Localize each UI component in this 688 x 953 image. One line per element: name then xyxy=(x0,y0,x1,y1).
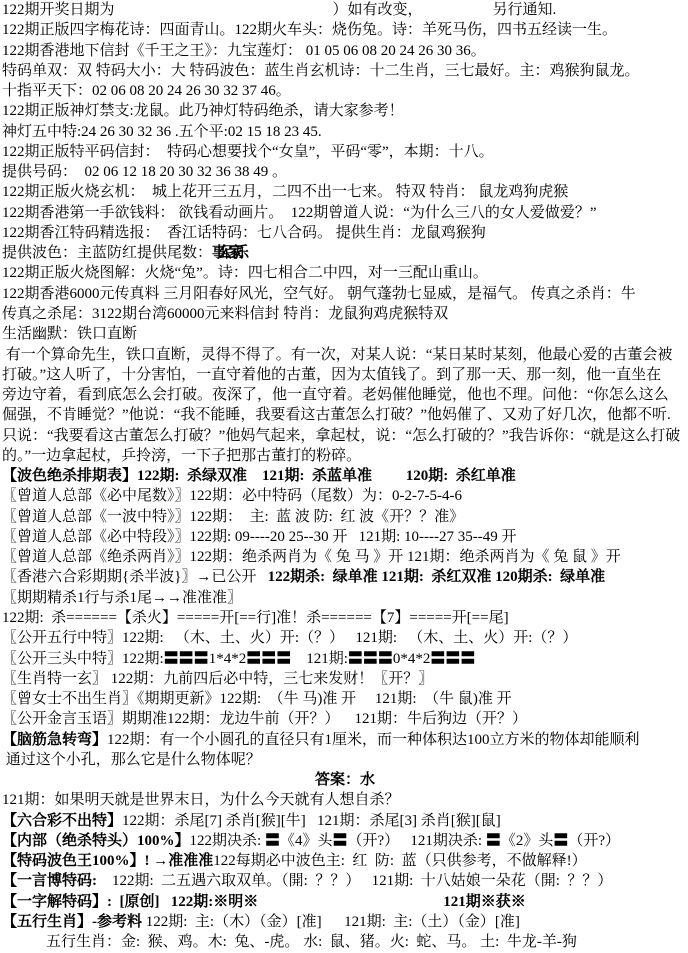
text-line: 【五行生肖】-参考料 122期: 主:（木）（金）[准] 121期: 主:（土）… xyxy=(2,912,688,932)
text-segment: 特码单双：双 特码大小：大 特码波色：蓝生肖玄机诗：十二生肖，三七最好。主：鸡猴… xyxy=(2,61,640,81)
text-line: 神灯五中特:24 26 30 32 36 .五个平:02 15 18 23 45… xyxy=(2,122,688,142)
text-segment: 〖曾女士不出生肖〗《期期更新》122期: （牛 马)准 开 121期: （牛 鼠… xyxy=(2,689,512,709)
text-segment: ）如有改变， xyxy=(333,0,423,20)
text-segment: 十指平天下：02 06 08 20 24 26 30 32 37 46。 xyxy=(2,81,291,101)
text-line: 十指平天下：02 06 08 20 24 26 30 32 37 46。 xyxy=(2,81,688,101)
text-segment: 122期正版特平码信封： 特码心想要找个“女皇”，平码“零”，本期：十八。 xyxy=(2,142,494,162)
text-line: 通过这个小孔，那么它是什么物体呢？ xyxy=(2,750,688,770)
text-line: 〖曾女士不出生肖〗《期期更新》122期: （牛 马)准 开 121期: （牛 鼠… xyxy=(2,689,688,709)
text-segment: 五行生肖：金: 猴、鸡。木: 兔、-虎。 水: 鼠、猪。火: 蛇、马。 土: 牛… xyxy=(46,932,577,952)
text-segment: 神灯五中特:24 26 30 32 36 .五个平:02 15 18 23 45… xyxy=(2,122,322,142)
text-segment: 【内部（绝杀特头）100%】 xyxy=(2,831,190,851)
text-segment: 〖曾道人总部《必中尾数》〗122期：必中特码（尾数）为：0-2-7-5-4-6 xyxy=(2,486,462,506)
text-segment: 生活幽默：铁口直断 xyxy=(2,324,137,344)
text-segment: 〓〓〓 xyxy=(246,649,291,669)
text-line: 答案：水 xyxy=(2,770,688,790)
text-segment: 122期正版火烧图解：火烧“兔”。诗：四七相合二中四，对一三配山重山。 xyxy=(2,263,488,283)
text-segment: 122期：有一个小圆孔的直径只有1厘米，而一种体积达100立方米的物体却能顺利 xyxy=(107,730,640,750)
text-segment: 122期正版火烧玄机： 城上花开三五月，二四不出一七来。 特双 特肖： 鼠龙鸡狗… xyxy=(2,182,568,202)
text-segment: 提供号码： 02 06 12 18 20 30 32 36 38 49 。 xyxy=(2,162,287,182)
text-line: 〖公开五行中特〗122期: （木、土、火）开:（？） 121期: （木、土、火）… xyxy=(2,628,688,648)
text-segment: 122期决杀: xyxy=(190,831,265,851)
text-line: 〖公开三头中特〗122期:〓〓〓1*4*2〓〓〓 121期:〓〓〓0*4*2〓〓… xyxy=(2,649,688,669)
text-segment: 传真之杀尾：3122期台湾60000元来料信封 特肖：龙鼠狗鸡虎猴特双 xyxy=(2,304,448,324)
text-segment: 【一言博特码: xyxy=(2,871,97,891)
text-line: 〖曾道人总部《绝杀两肖》〗122期：绝杀两肖为《 兔 马 》开 121期：绝杀两… xyxy=(2,547,688,567)
text-line: 〖曾道人总部《一波中特》〗122期： 主: 蓝 波 防: 红 波《开？？准》 xyxy=(2,507,688,527)
text-line: 【特码波色王100%】! →准准准122每期必中波色主: 红 防: 蓝（只供参考… xyxy=(2,851,688,871)
text-line: 五行生肖：金: 猴、鸡。木: 兔、-虎。 水: 鼠、猪。火: 蛇、马。 土: 牛… xyxy=(2,932,688,952)
text-segment: 〖期期精杀1行与杀1尾→→准准准〗 xyxy=(2,588,242,608)
text-segment: 〖曾道人总部《一波中特》〗122期： 主: 蓝 波 防: 红 波《开？？准》 xyxy=(2,507,464,527)
text-segment: 122每期必中波色主: 红 防: 蓝（只供参考，不做解释!） xyxy=(213,851,586,871)
text-line: 〖公开金言玉语〗期期准122期：龙边牛前（开？） 121期：牛后狗边（开？） xyxy=(2,709,688,729)
text-segment: 122期香港6000元传真料 三月阳春好风光，空气好。 朝气蓬勃七显威，是福气。… xyxy=(2,284,636,304)
text-segment: 1*4*2 xyxy=(209,649,247,669)
text-segment: 〓 xyxy=(332,831,347,851)
text-line: 【六合彩不出特】122期：杀尾[7] 杀肖[猴][牛] 121期：杀尾[3] 杀… xyxy=(2,811,688,831)
text-segment: 〓 xyxy=(265,831,280,851)
text-segment: 〓 xyxy=(486,831,501,851)
text-line: 有一个算命先生，铁口直断，灵得不得了。有一次，对某人说：“某日某时某刻，他最心爱… xyxy=(2,345,688,365)
text-line: 122期香港第一手欲钱料： 欲钱看动画片。 122期曾道人说：“为什么三八的女人… xyxy=(2,203,688,223)
text-segment: 事么百家乐. xyxy=(212,243,245,263)
text-line: 〖曾道人总部《必中特段》〗122期: 09----20 25--30 开 121… xyxy=(2,527,688,547)
text-segment: 的。”一边拿起杖，乒拎滂，一下子把那古董打的粉碎。 xyxy=(2,446,361,466)
text-segment: 122期正版神灯禁支:龙鼠。此乃神灯特码绝杀，请大家参考！ xyxy=(2,101,404,121)
text-line: 122期正版四字梅花诗：四面青山。122期火车头：烧伤兔。诗：羊死马伤，四书五经… xyxy=(2,20,688,40)
text-segment: 〖曾道人总部《必中特段》〗122期: 09----20 25--30 开 121… xyxy=(2,527,517,547)
text-segment: 〓 xyxy=(553,831,568,851)
text-segment: 《2》头 xyxy=(501,831,554,851)
text-segment: 122期: 二五遇六取双单。（開: ？？） 121期: 十八姑娘一朵花（開: ？… xyxy=(97,871,612,891)
text-line: 122期香港地下信封《千王之王》：九宝莲灯： 01 05 06 08 20 24… xyxy=(2,41,688,61)
text-line: 提供波色：主蓝防红提供尾数：事么百家乐. xyxy=(2,243,688,263)
text-segment: 【一字解特码】: [原创] 122期:※明※ xyxy=(2,892,258,912)
text-line: 122期正版火烧图解：火烧“兔”。诗：四七相合二中四，对一三配山重山。 xyxy=(2,263,688,283)
text-segment: 〓〓〓 xyxy=(164,649,209,669)
text-segment: 122期香港地下信封《千王之王》：九宝莲灯： 01 05 06 08 20 24… xyxy=(2,41,486,61)
text-line: 【一言博特码: 122期: 二五遇六取双单。（開: ？？） 121期: 十八姑娘… xyxy=(2,871,688,891)
text-line: 122期香江特码精选报： 香江话特码：七八合码。 提供生肖：龙鼠鸡猴狗 xyxy=(2,223,688,243)
text-line: 122期正版特平码信封： 特码心想要找个“女皇”，平码“零”，本期：十八。 xyxy=(2,142,688,162)
text-segment: 提供波色：主蓝防红提供尾数： xyxy=(2,243,212,263)
text-segment: 121期: xyxy=(291,649,348,669)
text-segment: 121期：如果明天就是世界末日，为什么今天就有人想自杀？ xyxy=(2,790,400,810)
text-segment: 【特码波色王100%】! →准准准 xyxy=(2,851,213,871)
text-line: 〖香港六合彩期期{杀半波}〗→已公开 122期杀: 绿单准 121期: 杀红双准… xyxy=(2,567,688,587)
text-segment: 122期：杀尾[7] 杀肖[猴][牛] 121期：杀尾[3] 杀肖[猴][鼠] xyxy=(122,811,501,831)
text-line: 生活幽默：铁口直断 xyxy=(2,324,688,344)
text-segment: 122期: 杀======【杀火】=====开[==行]准！杀======【7】… xyxy=(2,608,509,628)
text-segment: 【波色绝杀排期表】122期: 杀绿双准 121期: 杀蓝单准 120期: 杀红单… xyxy=(2,466,516,486)
text-line: 特码单双：双 特码大小：大 特码波色：蓝生肖玄机诗：十二生肖，三七最好。主：鸡猴… xyxy=(2,61,688,81)
text-segment: 〖生肖特一玄〗 122期：九前四后必中特，三七来发财！〖开？〗 xyxy=(2,669,433,689)
text-segment: 【脑筋急转弯】 xyxy=(2,730,107,750)
text-segment: 〖公开三头中特〗122期: xyxy=(2,649,164,669)
text-segment: 倔强，不肯睡觉？”他说：“我不能睡，我要看这古董怎么打破？”他妈催了、又劝了好几… xyxy=(2,405,671,425)
text-segment: 〓〓〓 xyxy=(348,649,393,669)
text-line: 的。”一边拿起杖，乒拎滂，一下子把那古董打的粉碎。 xyxy=(2,446,688,466)
text-line: 倔强，不肯睡觉？”他说：“我不能睡，我要看这古董怎么打破？”他妈催了、又劝了好几… xyxy=(2,405,688,425)
text-line: 【一字解特码】: [原创] 122期:※明※121期※获※ xyxy=(2,892,688,912)
text-segment: 122期开奖日期为 xyxy=(2,0,115,20)
text-segment: 122期香港第一手欲钱料： 欲钱看动画片。 122期曾道人说：“为什么三八的女人… xyxy=(2,203,597,223)
text-segment: 只说：“我要看这古董怎么打破？”他妈气起来，拿起杖，说：“怎么打破的？”我告诉你… xyxy=(2,426,680,446)
text-segment: 〖曾道人总部《绝杀两肖》〗122期：绝杀两肖为《 兔 马 》开 121期：绝杀两… xyxy=(2,547,621,567)
text-segment: 旁边守着，看到底怎么会打破。夜深了，他一直守着。老妈催他睡觉，他也不理。问他：“… xyxy=(2,385,669,405)
text-segment: 〖公开金言玉语〗期期准122期：龙边牛前（开？） 121期：牛后狗边（开？） xyxy=(2,709,527,729)
text-segment: 另行通知. xyxy=(493,0,557,20)
text-segment: 121期※获※ xyxy=(443,892,526,912)
text-line: 122期开奖日期为）如有改变，另行通知. xyxy=(2,0,688,20)
text-segment: 答案：水 xyxy=(315,770,375,790)
text-segment: 122期: 主:（木）（金）[准] 121期: 主:（土）（金）[准] xyxy=(146,912,520,932)
text-segment: 0*4*2 xyxy=(393,649,431,669)
text-line: 只说：“我要看这古董怎么打破？”他妈气起来，拿起杖，说：“怎么打破的？”我告诉你… xyxy=(2,426,688,446)
text-segment: （开?） xyxy=(568,831,620,851)
text-line: 122期: 杀======【杀火】=====开[==行]准！杀======【7】… xyxy=(2,608,688,628)
text-line: 打破。”这人听了，十分害怕，一直守着他的古董，因为太值钱了。到了那一天、那一刻，… xyxy=(2,365,688,385)
text-segment: 〓〓〓 xyxy=(430,649,475,669)
lottery-tip-sheet: 122期开奖日期为）如有改变，另行通知.122期正版四字梅花诗：四面青山。122… xyxy=(2,0,688,953)
text-line: 〖曾道人总部《必中尾数》〗122期：必中特码（尾数）为：0-2-7-5-4-6 xyxy=(2,486,688,506)
text-segment: 〖公开五行中特〗122期: （木、土、火）开:（？） 121期: （木、土、火）… xyxy=(2,628,577,648)
text-segment: 122期香江特码精选报： 香江话特码：七八合码。 提供生肖：龙鼠鸡猴狗 xyxy=(2,223,486,243)
text-segment: （开?） 121期决杀: xyxy=(347,831,485,851)
text-segment: 有一个算命先生，铁口直断，灵得不得了。有一次，对某人说：“某日某时某刻，他最心爱… xyxy=(2,345,672,365)
text-line: 122期正版神灯禁支:龙鼠。此乃神灯特码绝杀，请大家参考！ xyxy=(2,101,688,121)
text-segment: 打破。”这人听了，十分害怕，一直守着他的古董，因为太值钱了。到了那一天、那一刻，… xyxy=(2,365,661,385)
text-segment: 通过这个小孔，那么它是什么物体呢？ xyxy=(2,750,261,770)
text-line: 【脑筋急转弯】122期：有一个小圆孔的直径只有1厘米，而一种体积达100立方米的… xyxy=(2,730,688,750)
text-line: 121期：如果明天就是世界末日，为什么今天就有人想自杀？ xyxy=(2,790,688,810)
text-segment: 122期正版四字梅花诗：四面青山。122期火车头：烧伤兔。诗：羊死马伤，四书五经… xyxy=(2,20,617,40)
text-line: 提供号码： 02 06 12 18 20 30 32 36 38 49 。 xyxy=(2,162,688,182)
text-line: 【内部（绝杀特头）100%】122期决杀: 〓《4》头〓（开?） 121期决杀:… xyxy=(2,831,688,851)
text-line: 旁边守着，看到底怎么会打破。夜深了，他一直守着。老妈催他睡觉，他也不理。问他：“… xyxy=(2,385,688,405)
text-line: 122期香港6000元传真料 三月阳春好风光，空气好。 朝气蓬勃七显威，是福气。… xyxy=(2,284,688,304)
text-segment: 【五行生肖】-参考料 xyxy=(2,912,146,932)
text-line: 122期正版火烧玄机： 城上花开三五月，二四不出一七来。 特双 特肖： 鼠龙鸡狗… xyxy=(2,182,688,202)
text-line: 〖生肖特一玄〗 122期：九前四后必中特，三七来发财！〖开？〗 xyxy=(2,669,688,689)
text-line: 【波色绝杀排期表】122期: 杀绿双准 121期: 杀蓝单准 120期: 杀红单… xyxy=(2,466,688,486)
text-segment: 【六合彩不出特】 xyxy=(2,811,122,831)
text-line: 〖期期精杀1行与杀1尾→→准准准〗 xyxy=(2,588,688,608)
text-segment: 〖香港六合彩期期{杀半波}〗→已公开 xyxy=(2,567,268,587)
text-segment: 122期杀: 绿单准 121期: 杀红双准 120期杀: 绿单准 xyxy=(268,567,606,587)
text-segment: 《4》头 xyxy=(280,831,333,851)
text-line: 传真之杀尾：3122期台湾60000元来料信封 特肖：龙鼠狗鸡虎猴特双 xyxy=(2,304,688,324)
